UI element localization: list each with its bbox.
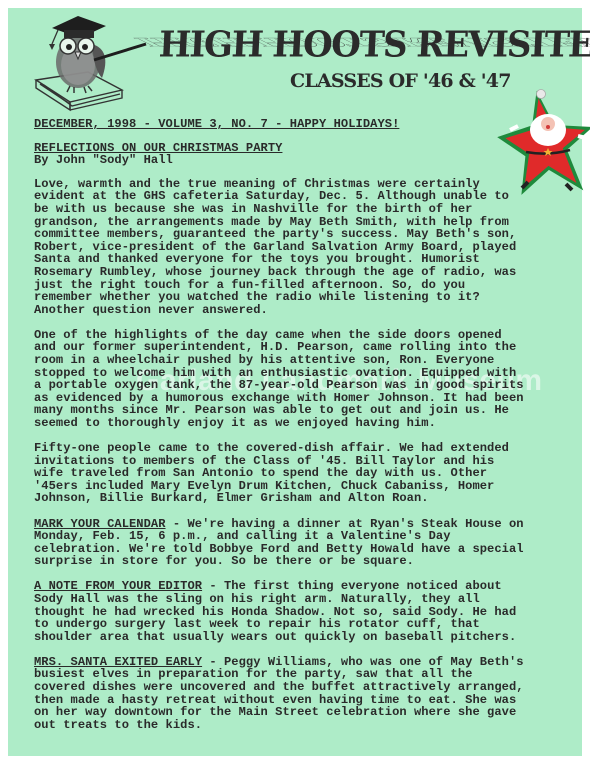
text-line: remember whether you watched the radio w… xyxy=(34,291,544,304)
text-line: Rosemary Rumbley, whose journey back thr… xyxy=(34,266,544,279)
text-line: Fifty-one people came to the covered-dis… xyxy=(34,442,544,455)
text-line: Monday, Feb. 15, 6 p.m., and calling it … xyxy=(34,530,544,543)
text-line: shoulder area that usually wears out qui… xyxy=(34,631,544,644)
text-line: Another question never answered. xyxy=(34,304,544,317)
note-from-editor: A NOTE FROM YOUR EDITOR - The first thin… xyxy=(34,580,544,643)
text-line: committee members, guaranteed the party'… xyxy=(34,228,544,241)
note-mrs-santa: MRS. SANTA EXITED EARLY - Peggy Williams… xyxy=(34,656,544,732)
text-line: Sody Hall was the sling on his right arm… xyxy=(34,593,544,606)
text-line: on her way downtown for the Main Street … xyxy=(34,706,544,719)
issue-line: DECEMBER, 1998 - VOLUME 3, NO. 7 - HAPPY… xyxy=(34,118,544,131)
text-line: to undergo surgery last week to repair h… xyxy=(34,618,544,631)
masthead-title-text: HIGH HOOTS REVISITED xyxy=(158,24,590,66)
newsletter-content: DECEMBER, 1998 - VOLUME 3, NO. 7 - HAPPY… xyxy=(34,118,544,744)
text-line: a portable oxygen tank, the 87-year-old … xyxy=(34,379,544,392)
article-paragraph-1: Love, warmth and the true meaning of Chr… xyxy=(34,178,544,317)
text-line: surprise in store for you. So be there o… xyxy=(34,555,544,568)
text-line: wife traveled from San Antonio to spend … xyxy=(34,467,544,480)
masthead-subtitle: CLASSES OF '46 & '47 xyxy=(290,70,511,92)
note-mark-your-calendar: MARK YOUR CALENDAR - We're having a dinn… xyxy=(34,518,544,568)
article-paragraph-2: One of the highlights of the day came wh… xyxy=(34,329,544,430)
text-line: out treats to the kids. xyxy=(34,719,544,732)
owl-graduate-on-book-icon xyxy=(30,10,148,116)
article-paragraph-3: Fifty-one people came to the covered-dis… xyxy=(34,442,544,505)
text-line: covered dishes were uncovered and the bu… xyxy=(34,681,544,694)
text-line: Johnson, Billie Burkard, Elmer Grisham a… xyxy=(34,492,544,505)
text-line: be with us because she was in Nashville … xyxy=(34,203,544,216)
text-line: room in a wheelchair pushed by his atten… xyxy=(34,354,544,367)
text-line: seemed to thoroughly enjoy it as we enjo… xyxy=(34,417,544,430)
masthead-title: HIGH HOOTS REVISITED HIGH HOOTS REVISITE… xyxy=(156,22,576,70)
article-byline: By John "Sody" Hall xyxy=(34,154,544,167)
